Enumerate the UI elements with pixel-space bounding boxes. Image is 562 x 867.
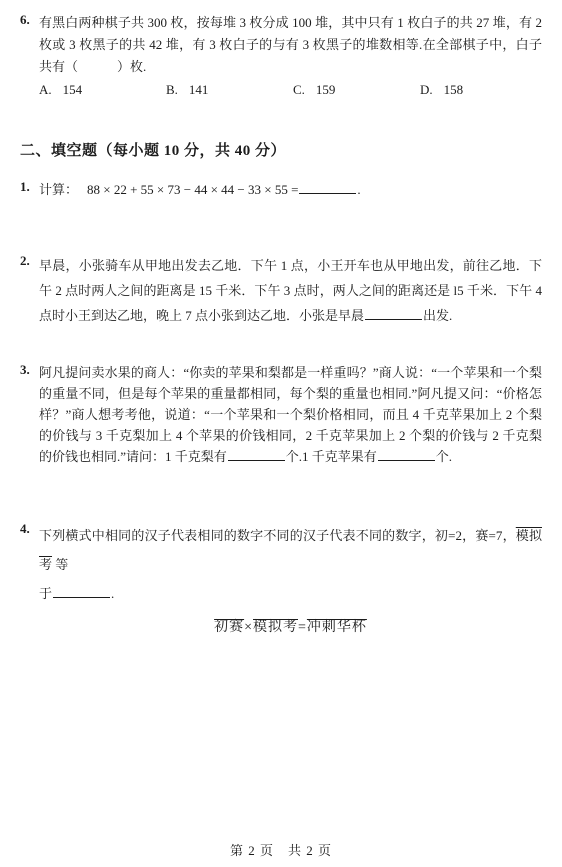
option-b-label: B. (166, 82, 178, 98)
answer-blank (365, 319, 422, 320)
equation-term-chongcihuabei: 冲刺华杯 (307, 620, 367, 635)
equation-term-monikao: 模拟考 (253, 620, 298, 635)
question-1-suffix: . (357, 182, 360, 197)
equation-term-chusai: 初赛 (214, 620, 244, 635)
question-2-number: 2. (20, 253, 39, 328)
question-1-body: 计算：88 × 22 + 55 × 73 − 44 × 44 − 33 × 55… (39, 179, 542, 201)
question-2-tail: 出发. (423, 308, 452, 323)
question-4-intro: 下列横式中相同的汉子代表相同的数字不同的汉子代表不同的数字，初=2，赛=7， (39, 528, 516, 543)
question-6-options: A. 154 B. 141 C. 159 D. 158 (39, 82, 542, 98)
answer-blank (228, 460, 285, 461)
question-4-equation: 初赛×模拟考=冲刺华杯 (39, 618, 542, 638)
option-d-label: D. (420, 82, 433, 98)
question-2: 2. 早晨，小张骑车从甲地出发去乙地．下午 1 点，小王开车也从甲地出发，前往乙… (20, 253, 542, 328)
question-6-number: 6. (20, 12, 39, 98)
question-4-line-2: 于. (39, 579, 542, 608)
question-3: 3. 阿凡提问卖水果的商人：“你卖的苹果和梨都是一样重吗？”商人说：“一个苹果和… (20, 362, 542, 467)
answer-blank (378, 460, 435, 461)
option-a-label: A. (39, 82, 52, 98)
option-b-value: 141 (189, 82, 209, 98)
question-2-text: 早晨，小张骑车从甲地出发去乙地．下午 1 点，小王开车也从甲地出发，前往乙地．下… (39, 258, 542, 323)
question-1-number: 1. (20, 179, 39, 201)
question-3-body: 阿凡提问卖水果的商人：“你卖的苹果和梨都是一样重吗？”商人说：“一个苹果和一个梨… (39, 362, 542, 467)
question-4-line2-start: 于 (39, 586, 52, 601)
question-4-line-1: 下列横式中相同的汉子代表相同的数字不同的汉子代表不同的数字，初=2，赛=7，模拟… (39, 521, 542, 579)
question-4-after-overline: 等 (52, 557, 68, 572)
question-3-tail: 个. (436, 449, 452, 464)
question-4-number: 4. (20, 521, 39, 638)
question-6-text: 有黑白两种棋子共 300 枚，按每堆 3 枚分成 100 堆，其中只有 1 枚白… (39, 15, 542, 74)
question-3-number: 3. (20, 362, 39, 467)
option-a: A. 154 (39, 82, 166, 98)
option-c-value: 159 (316, 82, 336, 98)
multiplication-sign: × (244, 620, 253, 635)
question-4-body: 下列横式中相同的汉子代表相同的数字不同的汉子代表不同的数字，初=2，赛=7，模拟… (39, 521, 542, 638)
section-heading-fill-in-blanks: 二、填空题（每小题 10 分，共 40 分） (20, 139, 286, 160)
option-c: C. 159 (293, 82, 420, 98)
question-1: 1. 计算：88 × 22 + 55 × 73 − 44 × 44 − 33 ×… (20, 179, 542, 201)
question-3-middle: 个.1 千克苹果有 (286, 449, 377, 464)
exam-page: 6. 有黑白两种棋子共 300 枚，按每堆 3 枚分成 100 堆，其中只有 1… (0, 0, 562, 867)
answer-blank (53, 597, 110, 598)
answer-blank (299, 193, 356, 194)
option-c-label: C. (293, 82, 305, 98)
question-4: 4. 下列横式中相同的汉子代表相同的数字不同的汉子代表不同的数字，初=2，赛=7… (20, 521, 542, 638)
option-b: B. 141 (166, 82, 293, 98)
question-1-expression: 88 × 22 + 55 × 73 − 44 × 44 − 33 × 55 = (87, 182, 298, 197)
equals-sign: = (298, 620, 307, 635)
option-a-value: 154 (63, 82, 83, 98)
page-number-footer: 第 2 页 共 2 页 (0, 840, 562, 859)
question-2-body: 早晨，小张骑车从甲地出发去乙地．下午 1 点，小王开车也从甲地出发，前往乙地．下… (39, 253, 542, 328)
question-4-line2-end: . (111, 586, 114, 601)
option-d: D. 158 (420, 82, 463, 98)
question-6-body: 有黑白两种棋子共 300 枚，按每堆 3 枚分成 100 堆，其中只有 1 枚白… (39, 12, 542, 98)
question-1-prefix: 计算： (39, 182, 78, 197)
option-d-value: 158 (444, 82, 464, 98)
question-6: 6. 有黑白两种棋子共 300 枚，按每堆 3 枚分成 100 堆，其中只有 1… (20, 12, 542, 98)
